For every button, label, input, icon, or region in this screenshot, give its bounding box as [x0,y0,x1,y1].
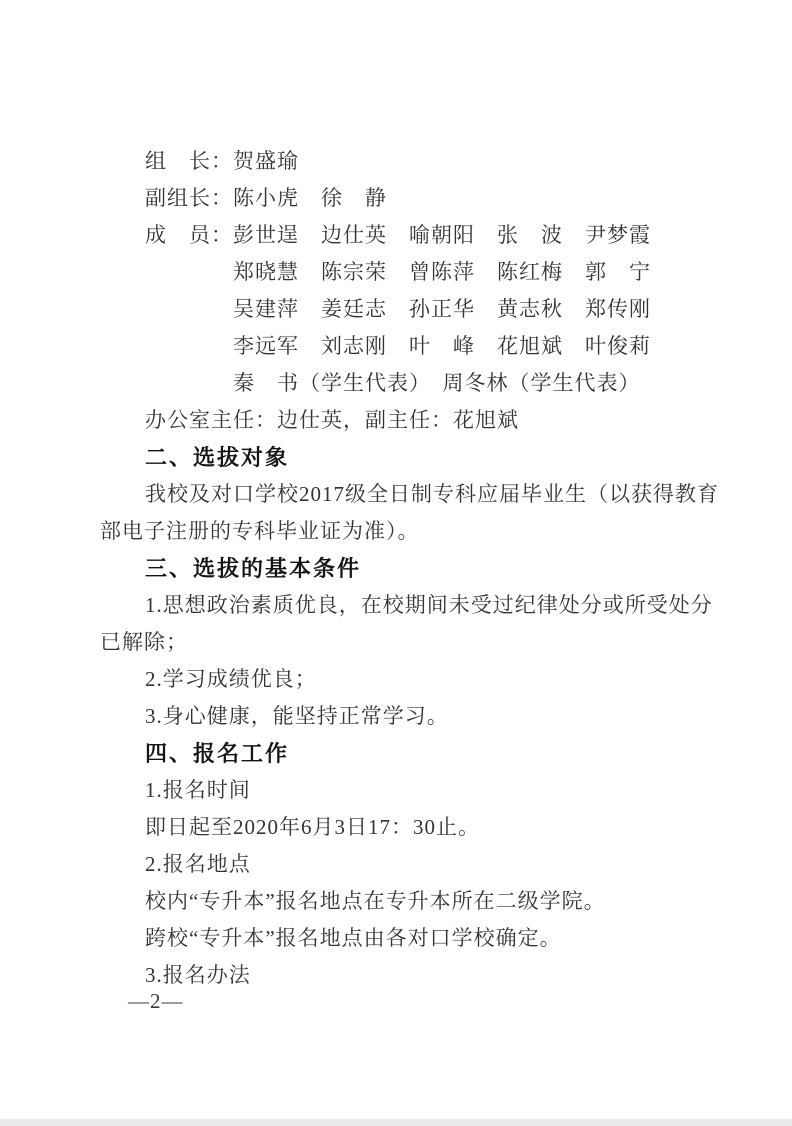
text-line: 2.报名地点 [100,846,700,883]
text-line: 副组长：陈小虎 徐 静 [100,180,700,217]
text-line: 已解除； [100,624,700,661]
section-heading: 二、选拔对象 [100,439,700,476]
section-heading: 四、报名工作 [100,735,700,772]
text-line: 2.学习成绩优良； [100,661,700,698]
page-edge-separator [0,1119,792,1126]
text-line: 1.报名时间 [100,772,700,809]
text-line: 办公室主任：边仕英，副主任：花旭斌 [100,402,700,439]
text-line: 吴建萍 姜廷志 孙正华 黄志秋 郑传刚 [100,291,700,328]
text-line: 1.思想政治素质优良，在校期间未受过纪律处分或所受处分 [100,587,700,624]
text-line: 组 长：贺盛瑜 [100,143,700,180]
text-line: 3.身心健康，能坚持正常学习。 [100,698,700,735]
text-line: 我校及对口学校2017级全日制专科应届毕业生（以获得教育 [100,476,700,513]
text-line: 3.报名办法 [100,957,700,994]
text-line: 部电子注册的专科毕业证为准）。 [100,513,700,550]
document-page: 组 长：贺盛瑜副组长：陈小虎 徐 静成 员：彭世逞 边仕英 喻朝阳 张 波 尹梦… [0,0,792,1126]
page-number: —2— [128,986,184,1016]
text-line: 即日起至2020年6月3日17：30止。 [100,809,700,846]
text-line: 校内“专升本”报名地点在专升本所在二级学院。 [100,883,700,920]
text-line: 跨校“专升本”报名地点由各对口学校确定。 [100,920,700,957]
document-content: 组 长：贺盛瑜副组长：陈小虎 徐 静成 员：彭世逞 边仕英 喻朝阳 张 波 尹梦… [100,143,700,994]
text-line: 李远军 刘志刚 叶 峰 花旭斌 叶俊莉 [100,328,700,365]
section-heading: 三、选拔的基本条件 [100,550,700,587]
text-line: 郑晓慧 陈宗荣 曾陈萍 陈红梅 郭 宁 [100,254,700,291]
text-line: 秦 书（学生代表） 周冬林（学生代表） [100,365,700,402]
text-line: 成 员：彭世逞 边仕英 喻朝阳 张 波 尹梦霞 [100,217,700,254]
